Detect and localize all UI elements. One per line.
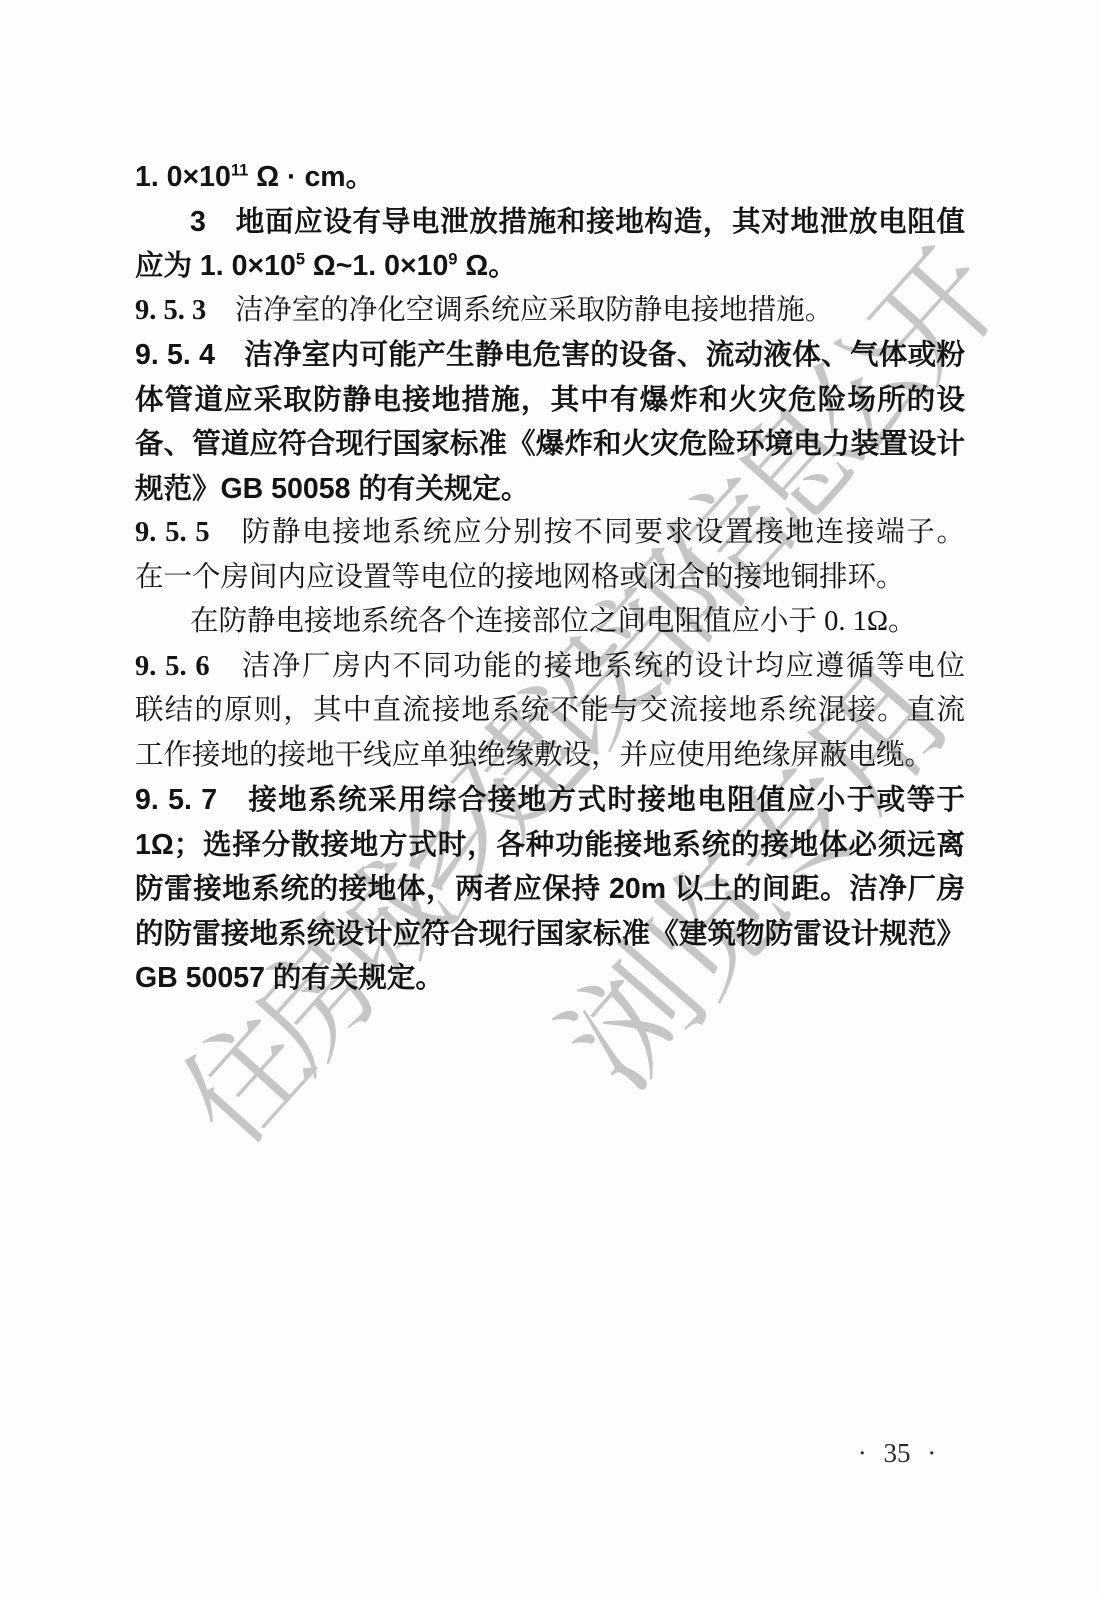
text-segment: 联结的原则，其中直流接地系统不能与交流接地系统混接。直流 bbox=[135, 695, 965, 726]
text-line: 1. 0×1011 Ω · cm。 bbox=[135, 155, 965, 200]
text-segment: 3 地面应设有导电泄放措施和接地构造，其对地泄放电阻值 bbox=[190, 206, 965, 238]
text-line: 备、管道应符合现行国家标准《爆炸和火灾危险环境电力装置设计 bbox=[135, 422, 965, 467]
clause-number: 9. 5. 3 bbox=[135, 295, 206, 326]
text-line: 9. 5. 4 洁净室内可能产生静电危害的设备、流动液体、气体或粉 bbox=[135, 333, 965, 378]
text-segment: 在防静电接地系统各个连接部位之间电阻值应小于 0. 1Ω。 bbox=[190, 606, 917, 637]
text-line: 3 地面应设有导电泄放措施和接地构造，其对地泄放电阻值 bbox=[135, 200, 965, 245]
text-segment: 备、管道应符合现行国家标准《爆炸和火灾危险环境电力装置设计 bbox=[135, 428, 965, 460]
text-segment: 防雷接地系统的接地体，两者应保持 20m 以上的间距。洁净厂房 bbox=[135, 873, 965, 905]
text-segment: 规范》GB 50058 的有关规定。 bbox=[135, 473, 529, 505]
superscript: 5 bbox=[296, 250, 305, 269]
text-segment: 的防雷接地系统设计应符合现行国家标准《建筑物防雷设计规范》 bbox=[135, 918, 965, 950]
document-body: 1. 0×1011 Ω · cm。3 地面应设有导电泄放措施和接地构造，其对地泄… bbox=[135, 155, 965, 1001]
text-line: 工作接地的接地干线应单独绝缘敷设，并应使用绝缘屏蔽电缆。 bbox=[135, 734, 965, 779]
clause-number: 9. 5. 6 bbox=[135, 651, 210, 682]
document-page: 住房城乡建设部信息公开 浏览专用 1. 0×1011 Ω · cm。3 地面应设… bbox=[0, 0, 1099, 1598]
text-line: 的防雷接地系统设计应符合现行国家标准《建筑物防雷设计规范》 bbox=[135, 912, 965, 957]
text-segment: 防静电接地系统应分别按不同要求设置接地连接端子。 bbox=[210, 517, 965, 548]
text-segment: 1Ω；选择分散接地方式时，各种功能接地系统的接地体必须远离 bbox=[135, 829, 965, 861]
text-line: 9. 5. 3 洁净室的净化空调系统应采取防静电接地措施。 bbox=[135, 289, 965, 334]
text-segment: 9. 5. 7 接地系统采用综合接地方式时接地电阻值应小于或等于 bbox=[135, 784, 965, 816]
page-number: · 35 · bbox=[835, 1438, 959, 1469]
text-line: 9. 5. 7 接地系统采用综合接地方式时接地电阻值应小于或等于 bbox=[135, 778, 965, 823]
text-segment: 工作接地的接地干线应单独绝缘敷设，并应使用绝缘屏蔽电缆。 bbox=[135, 740, 933, 771]
text-segment: 洁净室的净化空调系统应采取防静电接地措施。 bbox=[206, 295, 833, 326]
text-line: 防雷接地系统的接地体，两者应保持 20m 以上的间距。洁净厂房 bbox=[135, 867, 965, 912]
text-line: 9. 5. 6 洁净厂房内不同功能的接地系统的设计均应遵循等电位 bbox=[135, 645, 965, 690]
text-segment: Ω。 bbox=[457, 250, 516, 282]
text-line: 在一个房间内应设置等电位的接地网格或闭合的接地铜排环。 bbox=[135, 556, 965, 601]
text-segment: 在一个房间内应设置等电位的接地网格或闭合的接地铜排环。 bbox=[135, 562, 905, 593]
text-line: 联结的原则，其中直流接地系统不能与交流接地系统混接。直流 bbox=[135, 689, 965, 734]
text-line: 在防静电接地系统各个连接部位之间电阻值应小于 0. 1Ω。 bbox=[135, 600, 965, 645]
clause-number: 9. 5. 5 bbox=[135, 517, 210, 548]
text-segment: 体管道应采取防静电接地措施，其中有爆炸和火灾危险场所的设 bbox=[135, 384, 965, 416]
text-segment: Ω~1. 0×10 bbox=[305, 250, 448, 282]
text-line: 应为 1. 0×105 Ω~1. 0×109 Ω。 bbox=[135, 244, 965, 289]
text-line: 9. 5. 5 防静电接地系统应分别按不同要求设置接地连接端子。 bbox=[135, 511, 965, 556]
text-segment: Ω · cm。 bbox=[248, 161, 374, 193]
text-line: 规范》GB 50058 的有关规定。 bbox=[135, 467, 965, 512]
text-line: GB 50057 的有关规定。 bbox=[135, 956, 965, 1001]
text-line: 1Ω；选择分散接地方式时，各种功能接地系统的接地体必须远离 bbox=[135, 823, 965, 868]
text-segment: 洁净厂房内不同功能的接地系统的设计均应遵循等电位 bbox=[210, 651, 965, 682]
superscript: 11 bbox=[231, 161, 248, 180]
text-segment: 1. 0×10 bbox=[135, 161, 231, 193]
text-segment: 9. 5. 4 洁净室内可能产生静电危害的设备、流动液体、气体或粉 bbox=[135, 339, 965, 371]
text-segment: 应为 1. 0×10 bbox=[135, 250, 296, 282]
text-line: 体管道应采取防静电接地措施，其中有爆炸和火灾危险场所的设 bbox=[135, 378, 965, 423]
text-segment: GB 50057 的有关规定。 bbox=[135, 962, 444, 994]
